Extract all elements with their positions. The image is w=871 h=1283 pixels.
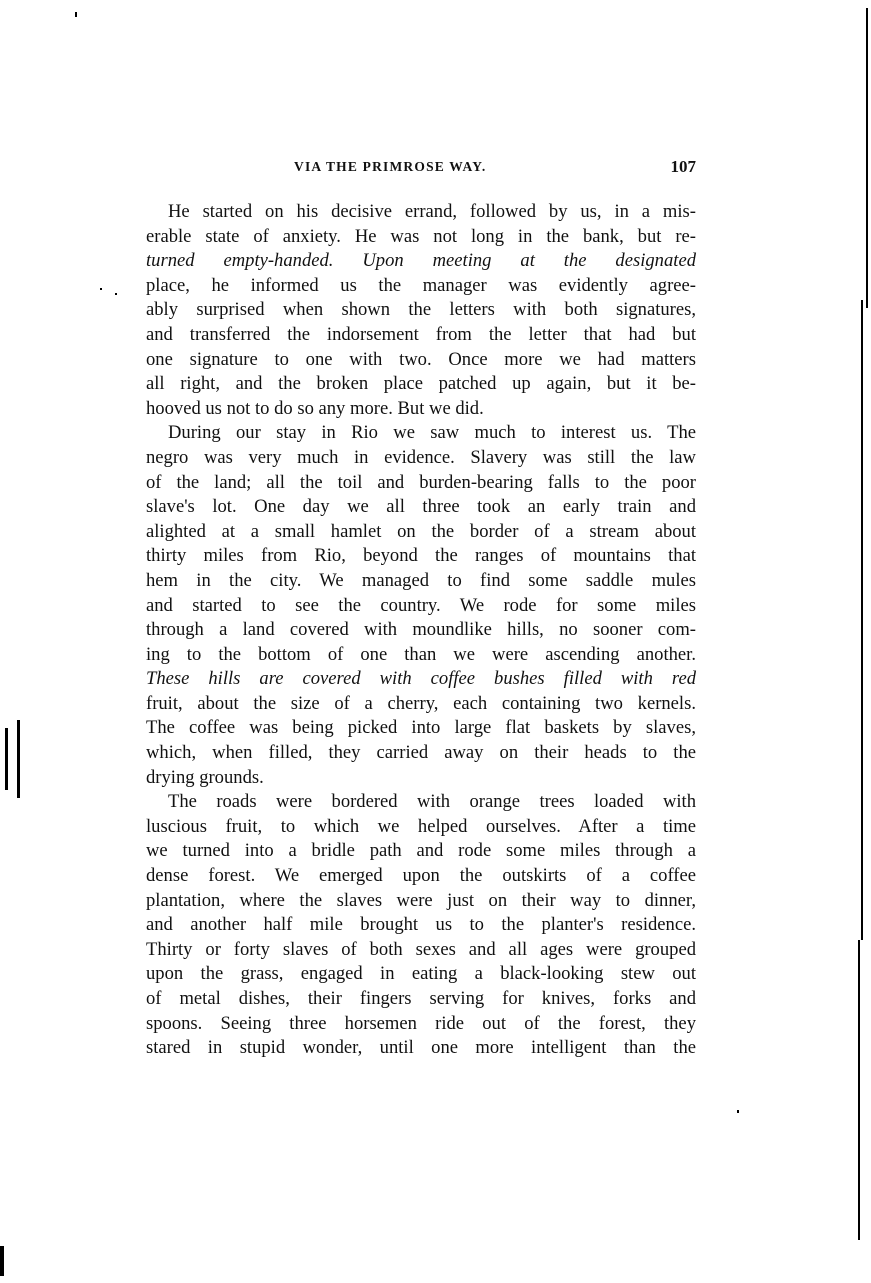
text-line: of metal dishes, their fingers serving f… xyxy=(146,987,696,1012)
text-line: He started on his decisive errand, follo… xyxy=(146,200,696,225)
text-line: turned empty-handed. Upon meeting at the… xyxy=(146,249,696,274)
text-line: place, he informed us the manager was ev… xyxy=(146,274,696,299)
text-line: stared in stupid wonder, until one more … xyxy=(146,1036,696,1061)
scan-edge-right xyxy=(861,300,863,940)
text-line: hooved us not to do so any more. But we … xyxy=(146,397,696,422)
text-line: drying grounds. xyxy=(146,766,696,791)
text-line: upon the grass, engaged in eating a blac… xyxy=(146,962,696,987)
text-line: slave's lot. One day we all three took a… xyxy=(146,495,696,520)
text-line: spoons. Seeing three horsemen ride out o… xyxy=(146,1012,696,1037)
page-number: 107 xyxy=(671,157,697,177)
running-title: VIA THE PRIMROSE WAY. xyxy=(294,159,487,175)
text-line: During our stay in Rio we saw much to in… xyxy=(146,421,696,446)
speck xyxy=(737,1110,739,1113)
speck xyxy=(100,288,102,290)
text-line: one signature to one with two. Once more… xyxy=(146,348,696,373)
text-line: and started to see the country. We rode … xyxy=(146,594,696,619)
text-line: fruit, about the size of a cherry, each … xyxy=(146,692,696,717)
text-line: and another half mile brought us to the … xyxy=(146,913,696,938)
text-line: through a land covered with moundlike hi… xyxy=(146,618,696,643)
text-line: and transferred the indorsement from the… xyxy=(146,323,696,348)
text-line: dense forest. We emerged upon the outski… xyxy=(146,864,696,889)
text-line: ably surprised when shown the letters wi… xyxy=(146,298,696,323)
text-line: These hills are covered with coffee bush… xyxy=(146,667,696,692)
text-line: Thirty or forty slaves of both sexes and… xyxy=(146,938,696,963)
page-header: VIA THE PRIMROSE WAY. 107 xyxy=(294,157,696,181)
speck xyxy=(75,12,77,17)
text-line: we turned into a bridle path and rode so… xyxy=(146,839,696,864)
text-line: The coffee was being picked into large f… xyxy=(146,716,696,741)
text-line: plantation, where the slaves were just o… xyxy=(146,889,696,914)
text-line: all right, and the broken place patched … xyxy=(146,372,696,397)
text-line: ing to the bottom of one than we were as… xyxy=(146,643,696,668)
text-line: negro was very much in evidence. Slavery… xyxy=(146,446,696,471)
speck xyxy=(115,293,117,295)
scan-edge-right xyxy=(858,940,860,1240)
text-line: hem in the city. We managed to find some… xyxy=(146,569,696,594)
scan-edge-left xyxy=(0,1246,4,1276)
scan-edge-left xyxy=(5,728,8,790)
text-line: alighted at a small hamlet on the border… xyxy=(146,520,696,545)
text-line: of the land; all the toil and burden-bea… xyxy=(146,471,696,496)
text-line: luscious fruit, to which we helped ourse… xyxy=(146,815,696,840)
text-line: The roads were bordered with orange tree… xyxy=(146,790,696,815)
body-text: He started on his decisive errand, follo… xyxy=(146,200,696,1061)
scan-edge-left xyxy=(17,720,20,798)
text-line: erable state of anxiety. He was not long… xyxy=(146,225,696,250)
text-line: which, when filled, they carried away on… xyxy=(146,741,696,766)
scan-edge-right xyxy=(866,8,868,308)
text-line: thirty miles from Rio, beyond the ranges… xyxy=(146,544,696,569)
